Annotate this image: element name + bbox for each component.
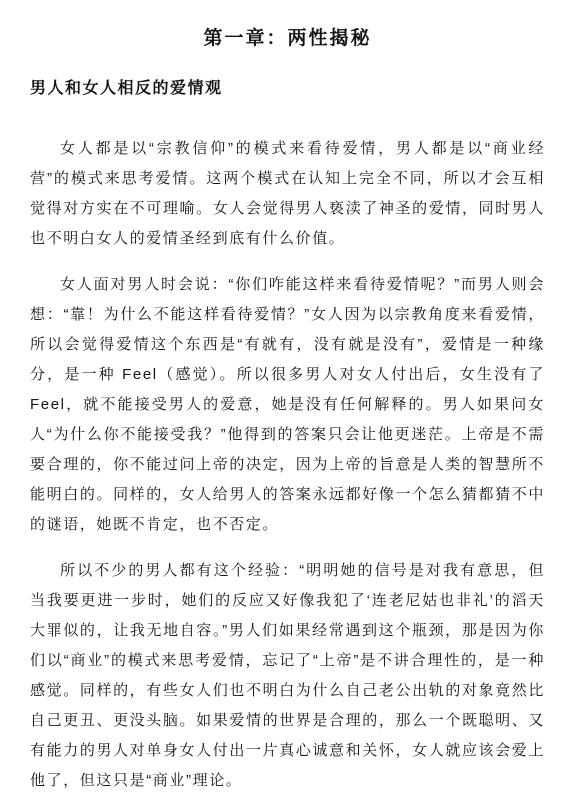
paragraph: 女人面对男人时会说：“你们咋能这样来看待爱情呢？”而男人则会想：“靠！为什么不能… xyxy=(30,270,545,540)
body-text: 女人都是以“宗教信仰”的模式来看待爱情，男人都是以“商业经营”的模式来思考爱情。… xyxy=(30,134,545,796)
paragraph: 所以不少的男人都有这个经验：“明明她的信号是对我有意思，但当我要更进一步时，她们… xyxy=(30,556,545,796)
chapter-title: 第一章：两性揭秘 xyxy=(30,26,545,52)
book-page: 第一章：两性揭秘 男人和女人相反的爱情观 女人都是以“宗教信仰”的模式来看待爱情… xyxy=(0,0,576,802)
paragraph: 女人都是以“宗教信仰”的模式来看待爱情，男人都是以“商业经营”的模式来思考爱情。… xyxy=(30,134,545,254)
section-heading: 男人和女人相反的爱情观 xyxy=(30,78,545,100)
